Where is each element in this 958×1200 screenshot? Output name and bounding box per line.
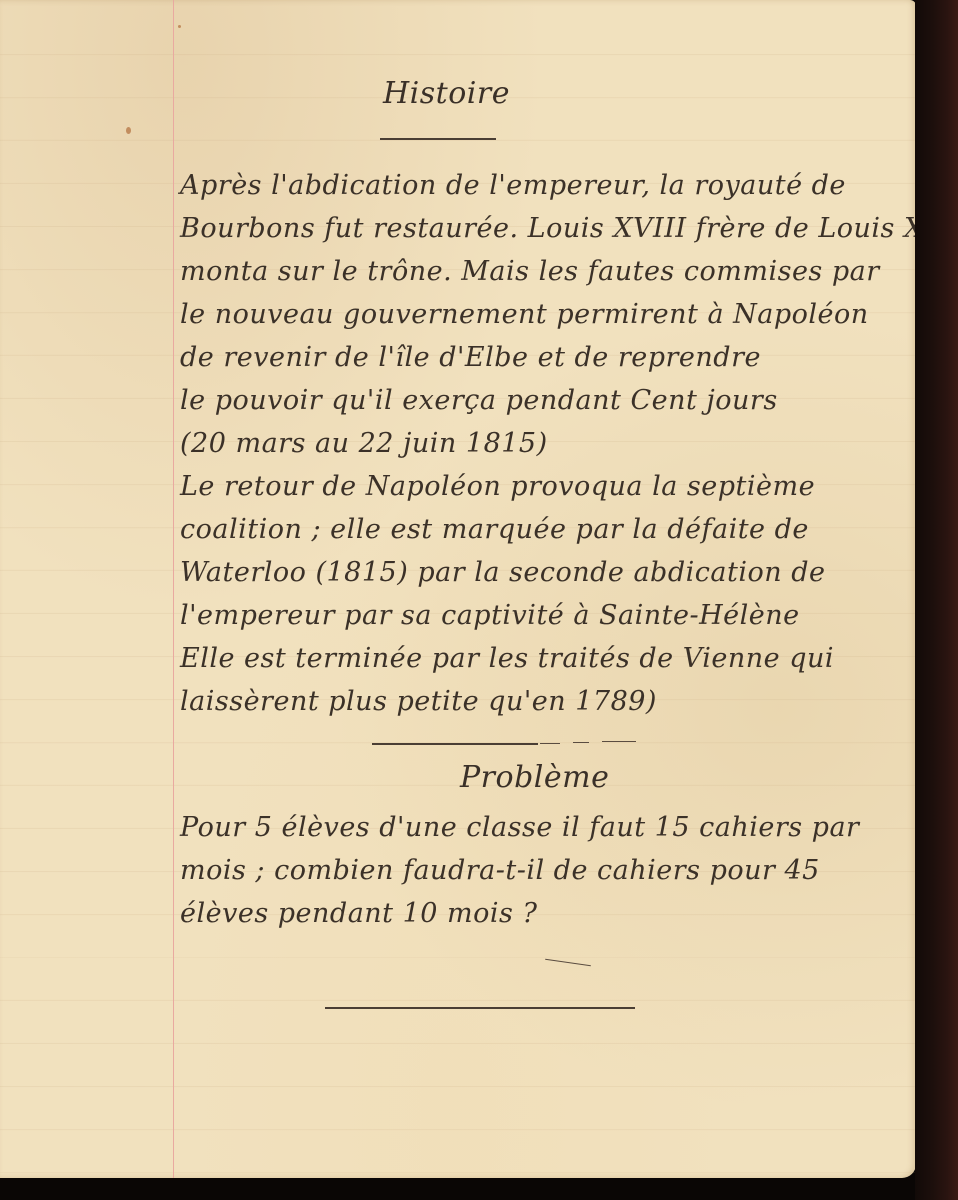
text-line: Bourbons fut restaurée. Louis XVIII frèr…: [180, 213, 880, 244]
text-line: Elle est terminée par les traités de Vie…: [180, 643, 880, 674]
notebook-page: Histoire Après l'abdication de l'empereu…: [0, 0, 916, 1178]
text-line: de revenir de l'île d'Elbe et de reprend…: [180, 342, 880, 373]
text-line: (20 mars au 22 juin 1815): [180, 428, 880, 459]
text-line: Après l'abdication de l'empereur, la roy…: [180, 170, 880, 201]
margin-line: [173, 0, 174, 1178]
title-underline: [380, 138, 496, 140]
section-divider: [540, 743, 560, 744]
section-divider: [602, 741, 636, 742]
notebook-binding: [915, 0, 958, 1200]
text-line: Le retour de Napoléon provoqua la septiè…: [180, 471, 880, 502]
ink-stain: [126, 127, 131, 134]
text-line: mois ; combien faudra-t-il de cahiers po…: [180, 855, 880, 886]
text-line: laissèrent plus petite qu'en 1789): [180, 686, 880, 717]
section-divider: [372, 743, 538, 745]
end-divider: [325, 1007, 635, 1009]
text-line: Pour 5 élèves d'une classe il faut 15 ca…: [180, 812, 880, 843]
section-title-histoire: Histoire: [383, 76, 510, 111]
text-line: coalition ; elle est marquée par la défa…: [180, 514, 880, 545]
text-line: le pouvoir qu'il exerça pendant Cent jou…: [180, 385, 880, 416]
section-title-probleme: Problème: [460, 760, 609, 795]
text-line: élèves pendant 10 mois ?: [180, 898, 880, 929]
ink-stain: [178, 25, 181, 28]
text-line: monta sur le trône. Mais les fautes comm…: [180, 256, 880, 287]
text-line: le nouveau gouvernement permirent à Napo…: [180, 299, 880, 330]
text-line: Waterloo (1815) par la seconde abdicatio…: [180, 557, 880, 588]
section-divider: [573, 742, 589, 743]
text-line: l'empereur par sa captivité à Sainte-Hél…: [180, 600, 880, 631]
